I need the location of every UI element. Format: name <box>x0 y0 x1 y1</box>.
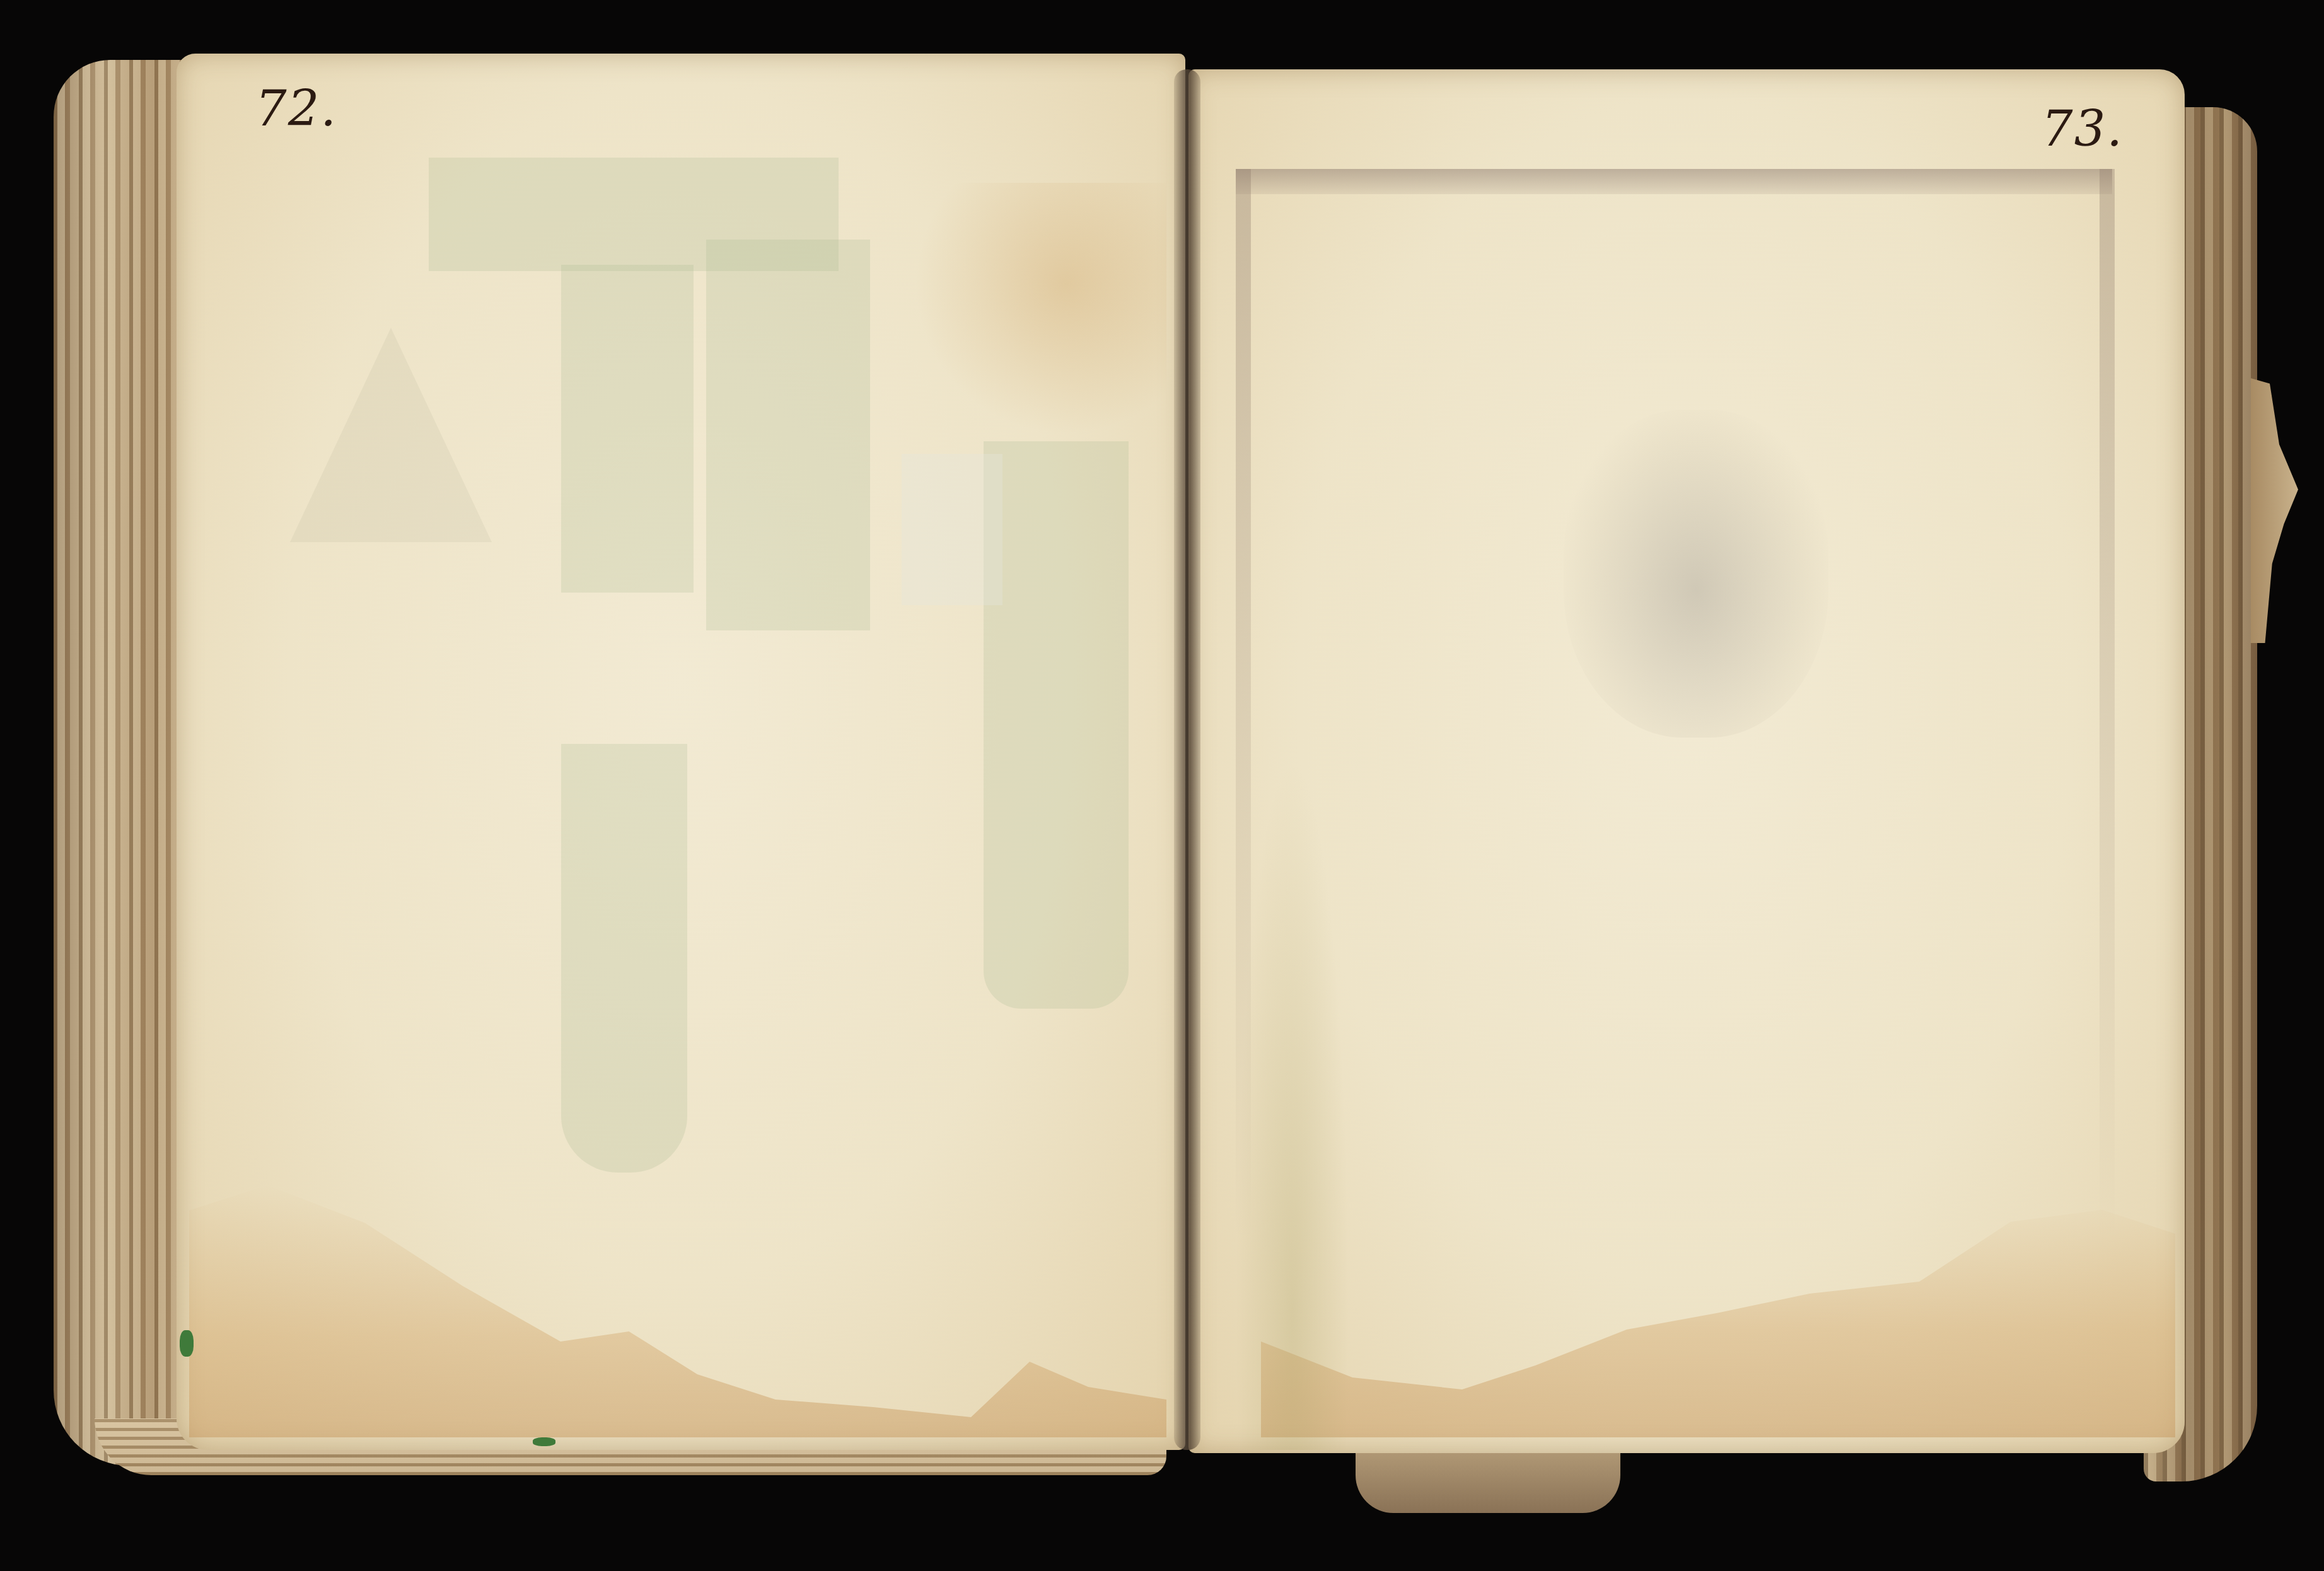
page-number-left: 72. <box>255 81 337 137</box>
offset-ghost-image <box>561 744 687 1173</box>
green-pigment-fleck <box>180 1330 194 1357</box>
spine-tail <box>1356 1444 1620 1513</box>
gutter-stain <box>1236 757 1349 1450</box>
offset-frame-top <box>1236 169 2112 194</box>
offset-ghost-image <box>902 454 1002 605</box>
green-pigment-fleck <box>533 1437 555 1446</box>
offset-ghost-image <box>984 441 1129 1009</box>
offset-frame-right <box>2100 169 2115 1241</box>
offset-ghost-image <box>561 265 694 593</box>
offset-ghost-figure <box>1564 410 1828 738</box>
offset-ghost-image <box>706 240 870 630</box>
foxing-stain <box>914 183 1166 435</box>
gutter-fold <box>1174 69 1200 1450</box>
offset-frame-left <box>1236 169 1251 1241</box>
page-number-right: 73. <box>2042 101 2124 158</box>
torn-leaf-fragment <box>2251 378 2298 643</box>
open-book: 72. 73. <box>0 0 2324 1571</box>
